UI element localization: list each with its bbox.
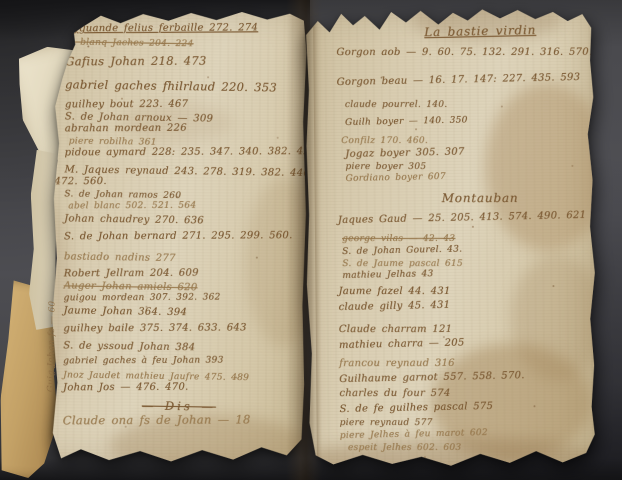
ledger-line: Guilh boyer — 140. 350 (345, 112, 583, 129)
left-page-paper: Eyguande felius ferbaille 272. 274 et bl… (24, 5, 309, 467)
ledger-line: Guilhaume garnot 557. 558. 570. (339, 369, 585, 386)
ledger-line: espeit Jelhes 602. 603 (348, 442, 586, 454)
ledger-line: guigou mordean 307. 392. 362 (64, 291, 296, 304)
ledger-line: Claude ona fs de Johan — 18 (63, 413, 295, 427)
ledger-line: Jaume fazel 44. 431 (338, 286, 584, 298)
ledger-line: Gorgon aob — 9. 60. 75. 132. 291. 316. 5… (336, 47, 582, 59)
ledger-line: guilhey bout 223. 467 (65, 98, 297, 111)
ledger-line: bastiado nadins 277 (64, 251, 296, 266)
left-page: Eyguande felius ferbaille 272. 274 et bl… (24, 5, 309, 467)
left-page-text: Eyguande felius ferbaille 272. 274 et bl… (63, 23, 298, 429)
ledger-line: guilhey baile 375. 374. 633. 643 (63, 322, 295, 335)
ledger-line: francou reynaud 316 (339, 358, 585, 370)
manuscript-photo: Eyguande felius ferbaille 272. 274 et bl… (0, 0, 622, 480)
page-header: La bastie virdin (424, 23, 582, 38)
fold-crease (313, 7, 321, 469)
margin-annotation: Guig Johan fs — 60 (46, 300, 58, 392)
ledger-line: claude pourrel. 140. (345, 99, 583, 111)
ledger-line: Robert Jellram 204. 609 (64, 267, 296, 280)
ledger-line: Claude charram 121 (339, 324, 585, 336)
ledger-line: Johan Jos — 476. 470. (63, 381, 295, 394)
ledger-line: S. de fe guilhes pascal 575 (339, 399, 585, 416)
ledger-line: S. de Johan bernard 271. 295. 299. 560. (64, 230, 296, 243)
ledger-line: charles du four 574 (339, 388, 585, 400)
ledger-line: Jaume Johan 364. 394 (63, 305, 295, 320)
right-page-text: La bastie virdin Gorgon aob — 9. 60. 75.… (336, 25, 586, 454)
ledger-line: gabriel gaches fhilrlaud 220. 353 (65, 78, 297, 94)
right-page: La bastie virdin Gorgon aob — 9. 60. 75.… (300, 5, 598, 470)
ledger-line: claude gilly 45. 431 (338, 297, 584, 314)
ledger-line: mathieu charra — 205 (339, 335, 585, 352)
ledger-line: abrahan mordean 226 (65, 122, 297, 135)
right-page-paper: La bastie virdin Gorgon aob — 9. 60. 75.… (300, 5, 598, 470)
ledger-line: Gafius Johan 218. 473 (65, 54, 297, 68)
ledger-line: Gorgon beau — 16. 17. 147: 227. 435. 593 (337, 72, 583, 89)
ledger-line-struck: et blanq Jaches 204. 224 (65, 36, 297, 51)
ledger-line: Jaques Gaud — 25. 205. 413. 574. 490. 62… (338, 210, 584, 227)
ledger-line: Eyguande felius ferbaille 272. 274 (65, 22, 297, 35)
ledger-line-continuation: 472. 560. (54, 175, 296, 188)
ledger-line: abel blanc 502. 521. 564 (68, 199, 296, 212)
ledger-line: pidoue aymard 228: 235. 347. 340. 382. 4… (65, 146, 297, 159)
ledger-line: gabriel gaches à feu Johan 393 (63, 354, 295, 367)
ledger-line: Johan chaudrey 270. 636 (64, 213, 296, 228)
section-header: Montauban (442, 192, 584, 204)
